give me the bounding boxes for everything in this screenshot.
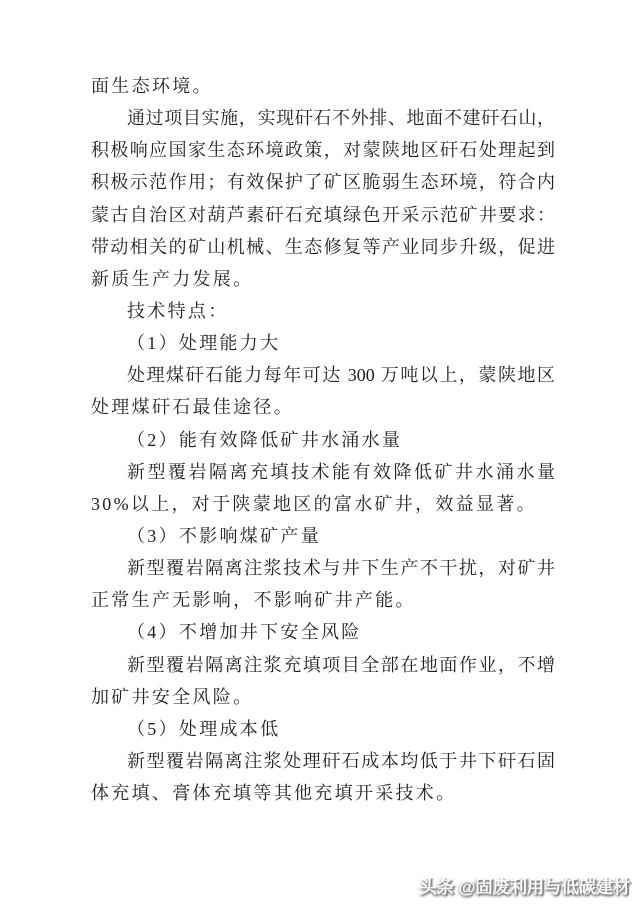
document-line: 带动相关的矿山机械、生态修复等产业同步升级，促进	[91, 231, 555, 263]
document-line: 蒙古自治区对葫芦素矸石充填绿色开采示范矿井要求：	[91, 199, 555, 231]
document-text-block: 面生态环境。通过项目实施，实现矸石不外排、地面不建矸石山，积极响应国家生态环境政…	[91, 70, 555, 809]
document-line: 新型覆岩隔离充填技术能有效降低矿井水涌水量	[91, 456, 555, 488]
document-line: 积极示范作用；有效保护了矿区脆弱生态环境，符合内	[91, 166, 555, 198]
watermark: 头条 @固废利用与低碳建材	[419, 874, 630, 899]
document-line: （5）处理成本低	[91, 713, 555, 745]
document-line: 处理煤矸石能力每年可达 300 万吨以上，蒙陕地区	[91, 359, 555, 391]
document-line: （3）不影响煤矿产量	[91, 520, 555, 552]
document-line: 技术特点：	[91, 295, 555, 327]
document-line: 新型覆岩隔离注浆技术与井下生产不干扰，对矿井	[91, 552, 555, 584]
document-line: 正常生产无影响，不影响矿井产能。	[91, 584, 555, 616]
document-page: 面生态环境。通过项目实施，实现矸石不外排、地面不建矸石山，积极响应国家生态环境政…	[0, 0, 640, 907]
document-line: 体充填、膏体充填等其他充填开采技术。	[91, 777, 555, 809]
document-line: 新型覆岩隔离注浆充填项目全部在地面作业，不增	[91, 649, 555, 681]
document-line: 新质生产力发展。	[91, 263, 555, 295]
document-line: 通过项目实施，实现矸石不外排、地面不建矸石山，	[91, 102, 555, 134]
document-line: （2）能有效降低矿井水涌水量	[91, 424, 555, 456]
document-line: 积极响应国家生态环境政策，对蒙陕地区矸石处理起到	[91, 134, 555, 166]
document-line: （4）不增加井下安全风险	[91, 616, 555, 648]
document-line: 新型覆岩隔离注浆处理矸石成本均低于井下矸石固	[91, 745, 555, 777]
document-line: 加矿井安全风险。	[91, 681, 555, 713]
document-line: （1）处理能力大	[91, 327, 555, 359]
document-line: 面生态环境。	[91, 70, 555, 102]
document-line: 处理煤矸石最佳途径。	[91, 391, 555, 423]
document-line: 30%以上，对于陕蒙地区的富水矿井，效益显著。	[91, 488, 555, 520]
